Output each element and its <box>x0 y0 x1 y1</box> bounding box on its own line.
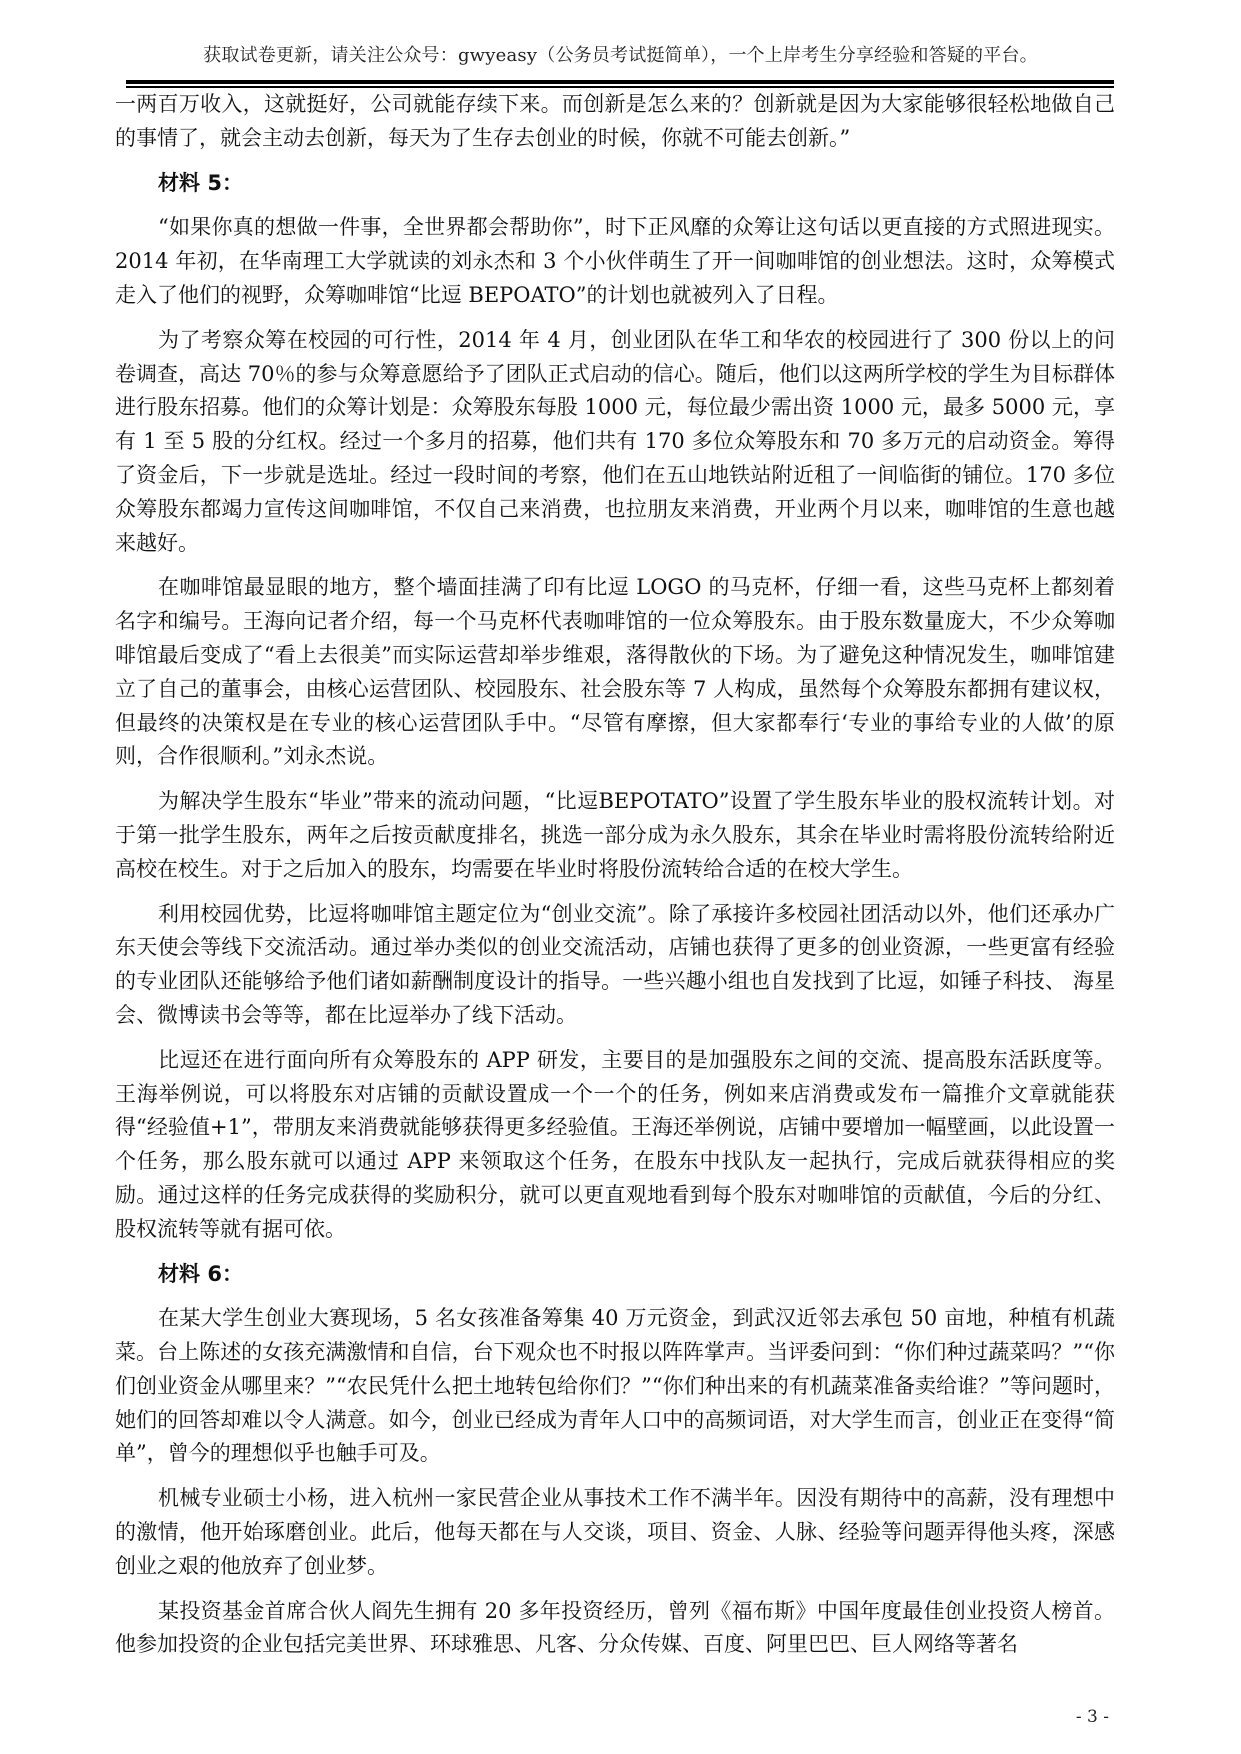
material-5-paragraph-2: 为了考察众筹在校园的可行性，2014 年 4 月，创业团队在华工和华农的校园进行… <box>115 324 1115 561</box>
material-6-paragraph-2: 机械专业硕士小杨，进入杭州一家民营企业从事技术工作不满半年。因没有期待中的高薪，… <box>115 1482 1115 1583</box>
material-5-paragraph-3: 在咖啡馆最显眼的地方，整个墙面挂满了印有比逗 LOGO 的马克杯，仔细一看，这些… <box>115 571 1115 774</box>
continuation-paragraph: 一两百万收入，这就挺好，公司就能存续下来。而创新是怎么来的？创新就是因为大家能够… <box>115 88 1115 156</box>
material-5-paragraph-6: 比逗还在进行面向所有众筹股东的 APP 研发，主要目的是加强股东之间的交流、提高… <box>115 1044 1115 1247</box>
page-number: - 3 - <box>1076 1707 1109 1727</box>
material-5-paragraph-4: 为解决学生股东“毕业”带来的流动问题，“比逗BEPOTATO”设置了学生股东毕业… <box>115 785 1115 886</box>
material-5-paragraph-5: 利用校园优势，比逗将咖啡馆主题定位为“创业交流”。除了承接许多校园社团活动以外，… <box>115 898 1115 1033</box>
material-6-paragraph-3: 某投资基金首席合伙人阎先生拥有 20 多年投资经历，曾列《福布斯》中国年度最佳创… <box>115 1595 1115 1663</box>
material-6-paragraph-1: 在某大学生创业大赛现场，5 名女孩准备筹集 40 万元资金，到武汉近邻去承包 5… <box>115 1302 1115 1471</box>
material-5-paragraph-1: “如果你真的想做一件事，全世界都会帮助你”，时下正风靡的众筹让这句话以更直接的方… <box>115 211 1115 312</box>
material-6-heading: 材料 6： <box>115 1258 1115 1292</box>
material-5-heading: 材料 5： <box>115 167 1115 201</box>
header-notice: 获取试卷更新，请关注公众号：gwyeasy（公务员考试挺简单），一个上岸考生分享… <box>0 44 1241 68</box>
header-divider-thick <box>126 80 1114 84</box>
page-body: 一两百万收入，这就挺好，公司就能存续下来。而创新是怎么来的？创新就是因为大家能够… <box>115 88 1115 1662</box>
header-divider <box>126 80 1114 88</box>
